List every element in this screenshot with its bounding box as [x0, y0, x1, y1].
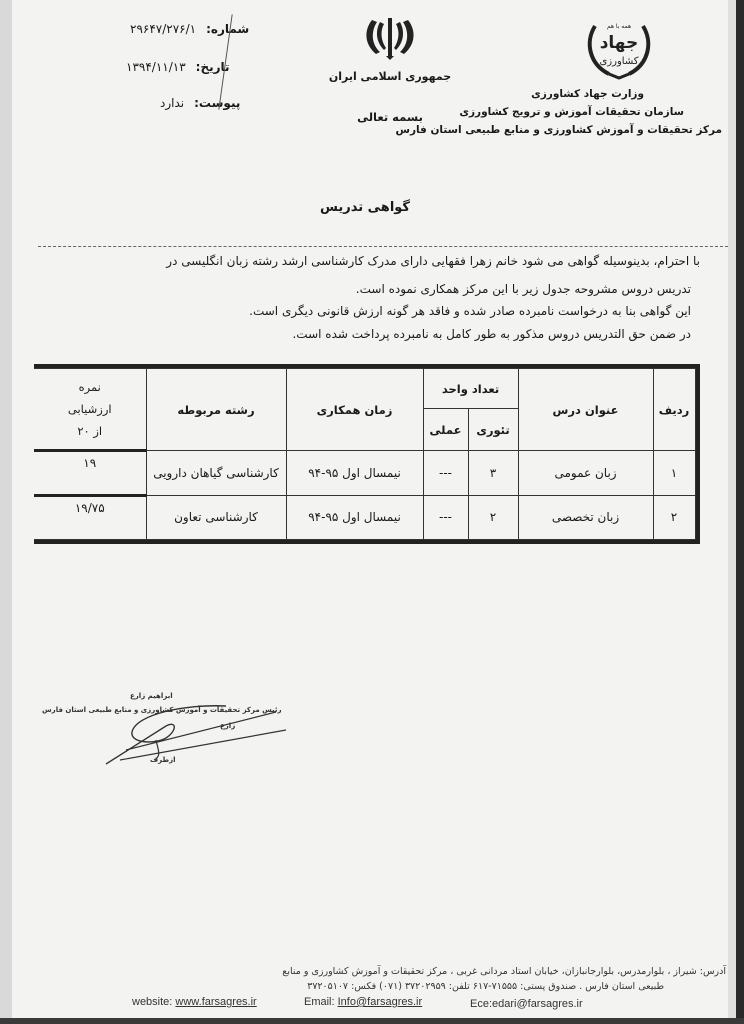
footer-ece: Ece:edari@farsagres.ir	[470, 998, 583, 1010]
scan-edge-right	[736, 0, 744, 1024]
footer-email-label: Email:	[304, 996, 335, 1008]
cell-course-title: زبان عمومی	[518, 451, 653, 495]
header-score-line1: نمره	[34, 376, 146, 398]
header-units: تعداد واحد	[423, 369, 518, 409]
courses-table: ردیف عنوان درس تعداد واحد زمان همکاری رش…	[34, 364, 700, 544]
jahad-keshavarzi-logo-icon: همه با هم جهاد کشاورزی	[583, 12, 655, 82]
scan-edge-light	[728, 0, 736, 1024]
document-title: گواهی تدریس	[300, 200, 430, 215]
handwritten-signature-icon	[96, 690, 296, 770]
paragraph-line-4: در ضمن حق التدریس دروس مذکور به طور کامل…	[292, 327, 691, 341]
org-organization: سازمان تحقیقات آموزش و ترویج کشاورزی	[459, 106, 684, 118]
cell-theory: ۳	[468, 451, 518, 495]
letter-number-label: شماره:	[206, 22, 249, 36]
header-period: زمان همکاری	[286, 369, 423, 451]
paragraph-line-1: با احترام، بدینوسیله گواهی می شود خانم ز…	[166, 254, 700, 268]
header-field: رشته مربوطه	[146, 369, 286, 451]
cell-period: نیمسال اول ۹۵-۹۴	[286, 495, 423, 539]
cell-practical: ---	[423, 451, 468, 495]
paragraph-line-3: این گواهی بنا به درخواست نامبرده صادر شد…	[249, 304, 691, 318]
footer-email: Email: Info@farsagres.ir	[304, 996, 422, 1008]
letter-date: تاریخ:۱۳۹۴/۱۱/۱۳	[126, 60, 230, 74]
cell-score: ۱۹/۷۵	[34, 495, 146, 539]
header-theory: تئوری	[468, 409, 518, 451]
footer-address-line1: آدرس: شیراز ، بلوارمدرس، بلوارجانبازان، …	[282, 966, 726, 977]
org-center: مرکز تحقیقات و آموزش کشاورزی و منابع طبی…	[395, 124, 722, 136]
cell-practical: ---	[423, 495, 468, 539]
dashed-divider	[38, 246, 728, 247]
org-ministry: وزارت جهاد کشاورزی	[531, 88, 644, 100]
letter-attachment: پیوست:ندارد	[160, 96, 240, 110]
letter-number-value: ۲۹۶۴۷/۲۷۶/۱	[130, 22, 196, 36]
letter-attachment-value: ندارد	[160, 96, 184, 110]
cell-field: کارشناسی تعاون	[146, 495, 286, 539]
cell-score: ۱۹	[34, 451, 146, 495]
cell-row-no: ۱	[653, 451, 695, 495]
svg-text:کشاورزی: کشاورزی	[599, 56, 638, 67]
header-score-line3: از ۲۰	[34, 420, 146, 442]
paragraph-line-2: تدریس دروس مشروحه جدول زیر با این مرکز ه…	[356, 282, 691, 296]
country-name: جمهوری اسلامی ایران	[290, 70, 490, 83]
header-practical: عملی	[423, 409, 468, 451]
svg-text:جهاد: جهاد	[600, 33, 639, 53]
header-course-title: عنوان درس	[518, 369, 653, 451]
footer-address-line2: طبیعی استان فارس . صندوق پستی: ۷۱۵۵۵-۶۱۷…	[307, 981, 664, 992]
iran-emblem-icon	[362, 14, 418, 60]
letter-date-value: ۱۳۹۴/۱۱/۱۳	[126, 60, 186, 74]
footer-website: website: www.farsagres.ir	[132, 996, 257, 1008]
cell-course-title: زبان تخصصی	[518, 495, 653, 539]
table-row: ۱ زبان عمومی ۳ --- نیمسال اول ۹۵-۹۴ کارش…	[34, 451, 695, 495]
footer-website-link[interactable]: www.farsagres.ir	[175, 996, 256, 1008]
letter-number: شماره:۲۹۶۴۷/۲۷۶/۱	[130, 22, 249, 36]
footer-email-link[interactable]: Info@farsagres.ir	[338, 996, 423, 1008]
header-score: نمره ارزشیابی از ۲۰	[34, 369, 146, 451]
letter-attachment-label: پیوست:	[194, 96, 240, 110]
table-row: ۲ زبان تخصصی ۲ --- نیمسال اول ۹۵-۹۴ کارش…	[34, 495, 695, 539]
cell-theory: ۲	[468, 495, 518, 539]
footer-website-label: website:	[132, 996, 172, 1008]
cell-period: نیمسال اول ۹۵-۹۴	[286, 451, 423, 495]
header-row-no: ردیف	[653, 369, 695, 451]
cell-row-no: ۲	[653, 495, 695, 539]
cell-field: کارشناسی گیاهان دارویی	[146, 451, 286, 495]
header-score-line2: ارزشیابی	[34, 398, 146, 420]
svg-text:همه با هم: همه با هم	[607, 23, 631, 30]
scan-edge-bottom	[0, 1018, 744, 1024]
